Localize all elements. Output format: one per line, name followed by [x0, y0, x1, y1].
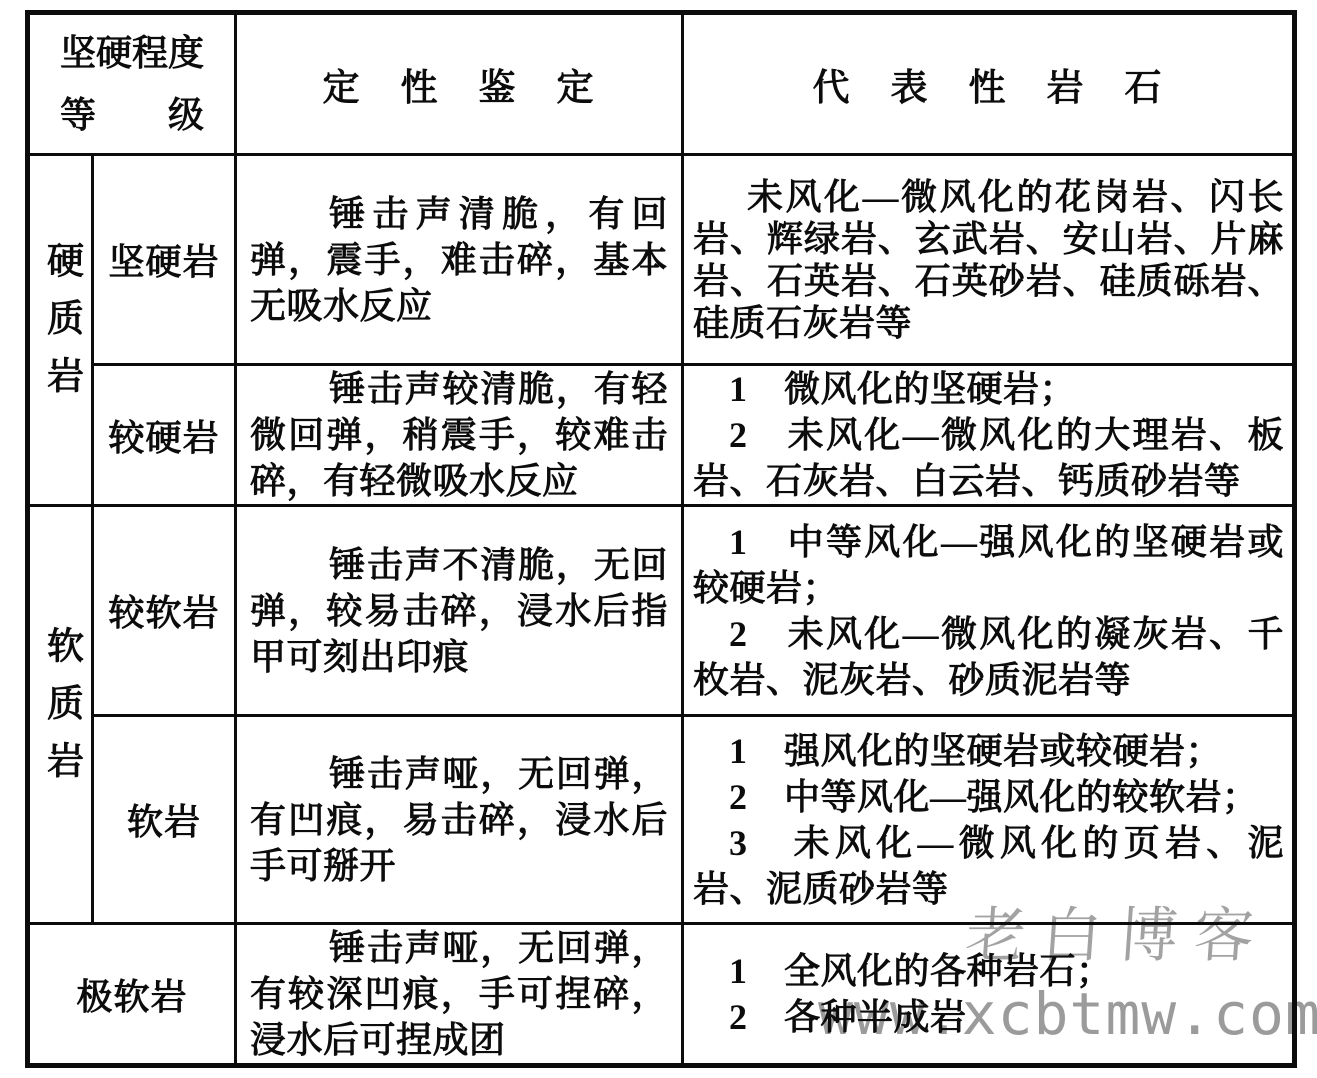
qualitative-extremely-soft-rock: 锤击声哑，无回弹，有较深凹痕，手可捏碎，浸水后可捏成团: [236, 924, 683, 1066]
representative-moderately-soft-rock: 1 中等风化—强风化的坚硬岩或较硬岩； 2 未风化—微风化的凝灰岩、千枚岩、泥灰…: [683, 506, 1295, 716]
representative-item: 1 中等风化—强风化的坚硬岩或较硬岩；: [693, 519, 1284, 611]
representative-hard-rock-text: 未风化—微风化的花岗岩、闪长岩、辉绿岩、玄武岩、安山岩、片麻岩、石英岩、石英砂岩…: [693, 176, 1284, 344]
qualitative-hard-rock-text: 锤击声清脆，有回弹，震手，难击碎，基本无吸水反应: [250, 191, 668, 329]
qualitative-moderately-hard-rock: 锤击声较清脆，有轻微回弹，稍震手，较难击碎，有轻微吸水反应: [236, 365, 683, 506]
row-extremely-soft-rock: 极软岩 锤击声哑，无回弹，有较深凹痕，手可捏碎，浸水后可捏成团 1 全风化的各种…: [28, 924, 1295, 1066]
representative-moderately-hard-rock: 1 微风化的坚硬岩； 2 未风化—微风化的大理岩、板岩、石灰岩、白云岩、钙质砂岩…: [683, 365, 1295, 506]
grade-hard-rock: 坚硬岩: [93, 155, 236, 365]
qualitative-moderately-hard-rock-text: 锤击声较清脆，有轻微回弹，稍震手，较难击碎，有轻微吸水反应: [250, 366, 668, 504]
grade-moderately-soft-rock: 较软岩: [93, 506, 236, 716]
group-soft-rock-label: 软质岩: [34, 626, 88, 798]
qualitative-hard-rock: 锤击声清脆，有回弹，震手，难击碎，基本无吸水反应: [236, 155, 683, 365]
group-hard-rock-label: 硬质岩: [34, 241, 88, 413]
group-soft-rock-cell: 软质岩: [28, 506, 93, 924]
representative-extremely-soft-rock: 1 全风化的各种岩石； 2 各种半成岩: [683, 924, 1295, 1066]
representative-hard-rock: 未风化—微风化的花岗岩、闪长岩、辉绿岩、玄武岩、安山岩、片麻岩、石英岩、石英砂岩…: [683, 155, 1295, 365]
header-qualitative-identification: 定 性 鉴 定: [236, 13, 683, 155]
representative-item: 1 全风化的各种岩石；: [693, 948, 1284, 994]
header-hardness-grade: 坚硬程度 等 级: [28, 13, 236, 155]
rock-hardness-table: 坚硬程度 等 级 定 性 鉴 定 代 表 性 岩 石 硬质岩 坚硬岩 锤击声清脆…: [25, 10, 1297, 1068]
qualitative-soft-rock-text: 锤击声哑，无回弹，有凹痕，易击碎，浸水后手可掰开: [250, 751, 668, 889]
representative-item: 1 强风化的坚硬岩或较硬岩；: [693, 728, 1284, 774]
representative-item: 1 微风化的坚硬岩；: [693, 366, 1284, 412]
header-hardness-grade-line1: 坚硬程度: [30, 22, 234, 84]
header-hardness-grade-line2: 等 级: [30, 84, 234, 146]
qualitative-moderately-soft-rock-text: 锤击声不清脆，无回弹，较易击碎，浸水后指甲可刻出印痕: [250, 542, 668, 680]
header-representative-rocks: 代 表 性 岩 石: [683, 13, 1295, 155]
qualitative-moderately-soft-rock: 锤击声不清脆，无回弹，较易击碎，浸水后指甲可刻出印痕: [236, 506, 683, 716]
group-hard-rock-cell: 硬质岩: [28, 155, 93, 506]
representative-soft-rock: 1 强风化的坚硬岩或较硬岩； 2 中等风化—强风化的较软岩； 3 未风化—微风化…: [683, 716, 1295, 924]
row-moderately-hard-rock: 较硬岩 锤击声较清脆，有轻微回弹，稍震手，较难击碎，有轻微吸水反应 1 微风化的…: [28, 365, 1295, 506]
row-moderately-soft-rock: 软质岩 较软岩 锤击声不清脆，无回弹，较易击碎，浸水后指甲可刻出印痕 1 中等风…: [28, 506, 1295, 716]
grade-moderately-hard-rock: 较硬岩: [93, 365, 236, 506]
scanned-document-page: 老白博客 www.xcbtmw.com 坚硬程度 等 级 定 性 鉴 定 代 表…: [0, 0, 1317, 1078]
header-row: 坚硬程度 等 级 定 性 鉴 定 代 表 性 岩 石: [28, 13, 1295, 155]
representative-item: 3 未风化—微风化的页岩、泥岩、泥质砂岩等: [693, 820, 1284, 912]
representative-item: 2 未风化—微风化的大理岩、板岩、石灰岩、白云岩、钙质砂岩等: [693, 412, 1284, 504]
grade-soft-rock: 软岩: [93, 716, 236, 924]
qualitative-soft-rock: 锤击声哑，无回弹，有凹痕，易击碎，浸水后手可掰开: [236, 716, 683, 924]
row-soft-rock: 软岩 锤击声哑，无回弹，有凹痕，易击碎，浸水后手可掰开 1 强风化的坚硬岩或较硬…: [28, 716, 1295, 924]
row-hard-rock: 硬质岩 坚硬岩 锤击声清脆，有回弹，震手，难击碎，基本无吸水反应 未风化—微风化…: [28, 155, 1295, 365]
representative-item: 2 未风化—微风化的凝灰岩、千枚岩、泥灰岩、砂质泥岩等: [693, 611, 1284, 703]
grade-extremely-soft-rock: 极软岩: [28, 924, 236, 1066]
representative-item: 2 中等风化—强风化的较软岩；: [693, 774, 1284, 820]
representative-item: 2 各种半成岩: [693, 994, 1284, 1040]
qualitative-extremely-soft-rock-text: 锤击声哑，无回弹，有较深凹痕，手可捏碎，浸水后可捏成团: [250, 925, 668, 1063]
